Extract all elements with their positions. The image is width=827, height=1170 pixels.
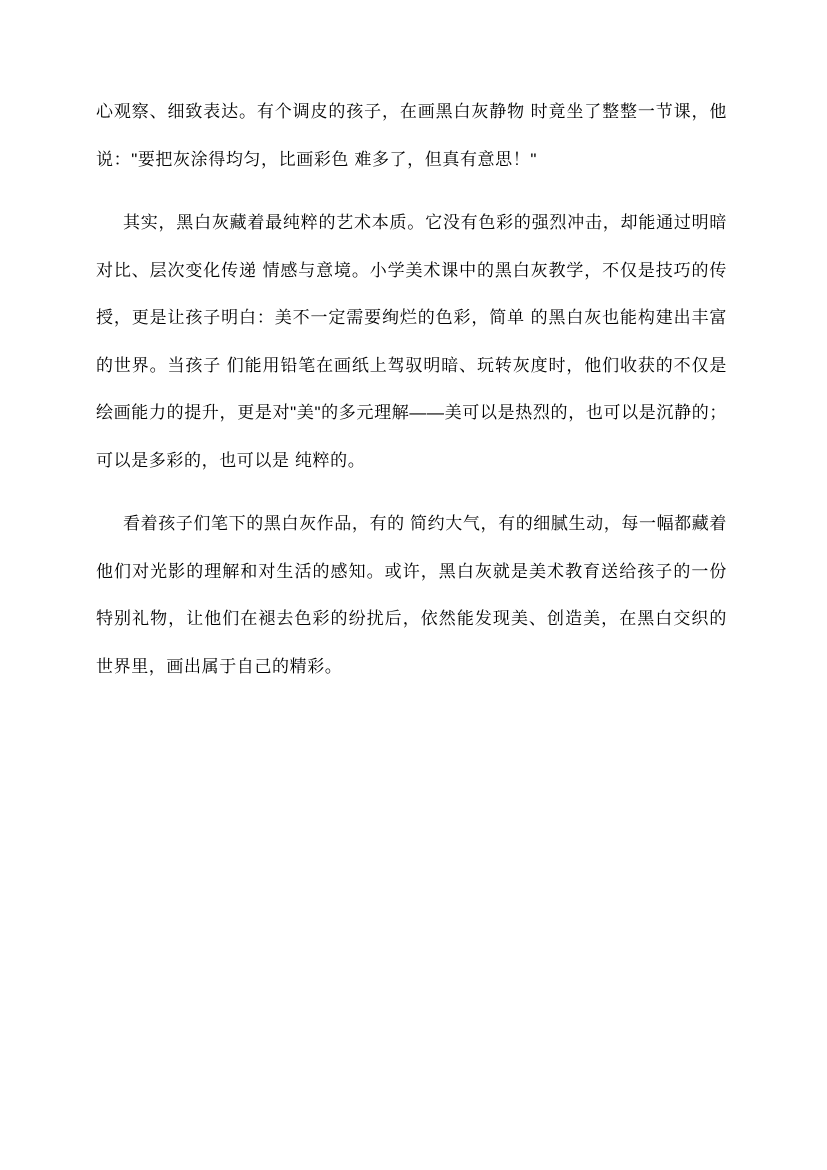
- paragraph-continuation: 心观察、细致表达。有个调皮的孩子，在画黑白灰静物 时竟坐了整整一节课，他说："要…: [96, 88, 727, 183]
- paragraph-art-essence: 其实，黑白灰藏着最纯粹的艺术本质。它没有色彩的强烈冲击，却能通过明暗对比、层次变…: [96, 199, 727, 484]
- document-body: 心观察、细致表达。有个调皮的孩子，在画黑白灰静物 时竟坐了整整一节课，他说："要…: [96, 88, 727, 690]
- document-page: 心观察、细致表达。有个调皮的孩子，在画黑白灰静物 时竟坐了整整一节课，他说："要…: [0, 0, 827, 1170]
- paragraph-closing: 看着孩子们笔下的黑白灰作品，有的 简约大气，有的细腻生动，每一幅都藏着他们对光影…: [96, 500, 727, 690]
